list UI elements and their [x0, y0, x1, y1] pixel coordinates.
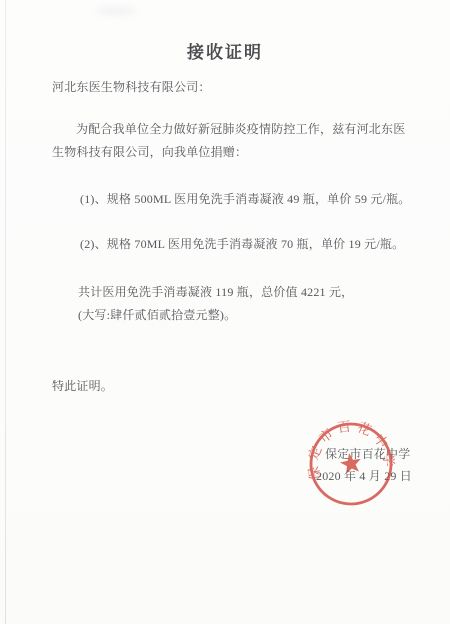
document-title: 接收证明: [0, 38, 450, 63]
body-paragraph: 为配合我单位全力做好新冠肺炎疫情防控工作，兹有河北东医生物科技有限公司，向我单位…: [52, 118, 413, 164]
closing-statement: 特此证明。: [52, 377, 113, 394]
signature-date: 2020 年 4 月 29 日: [316, 467, 412, 484]
donation-item-2: (2)、规格 70ML 医用免洗手消毒凝液 70 瓶，单价 19 元/瓶。: [80, 235, 404, 252]
official-seal-stamp: 保定市百花中学: [291, 404, 411, 524]
scan-smudge-artifact: [96, 6, 136, 16]
receipt-certificate-page: 接收证明 河北东医生物科技有限公司： 为配合我单位全力做好新冠肺炎疫情防控工作，…: [0, 0, 450, 624]
amount-in-words: (大写:肆仟贰佰贰拾壹元整)。: [78, 306, 236, 323]
scan-edge-artifact: [5, 0, 6, 624]
donation-item-1: (1)、规格 500ML 医用免洗手消毒凝液 49 瓶，单价 59 元/瓶。: [80, 190, 410, 207]
total-summary: 共计医用免洗手消毒凝液 119 瓶，总价值 4221 元，: [78, 283, 353, 300]
recipient-salutation: 河北东医生物科技有限公司：: [52, 78, 211, 95]
signature-org-name: 保定市百花中学: [325, 445, 410, 462]
stamp-ring: [305, 418, 398, 511]
